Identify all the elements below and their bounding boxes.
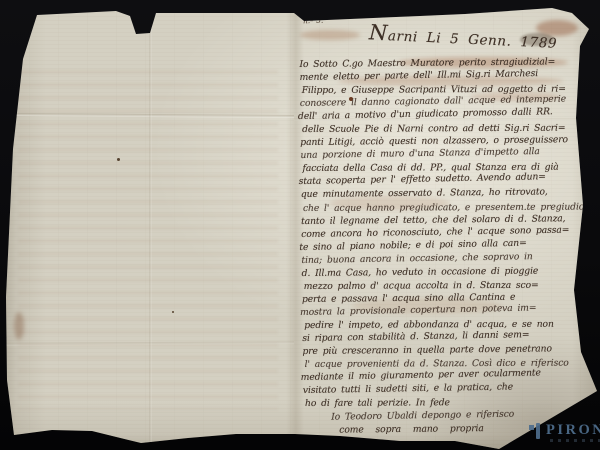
manuscript-line: delle Scuole Pie di Narni contro ad dett… [302, 122, 596, 137]
manuscript-body: Io Sotto C.go Maestro Muratore perito st… [299, 55, 597, 437]
ink-bleed-through [18, 70, 278, 410]
auction-house-watermark: PIRONE [529, 423, 600, 440]
manuscript-line: che l' acque hanno pregiudicato, e prese… [303, 200, 597, 215]
manuscript-line: pre più cresceranno in quella parte dove… [302, 342, 596, 358]
watermark-brand: PIRONE [546, 423, 600, 438]
dateline: Narni Li 5 Genn. 1789 [369, 20, 594, 54]
gavel-icon [529, 423, 542, 440]
manuscript-text-column: Narni Li 5 Genn. 1789 Io Sotto C.go Maes… [299, 18, 597, 437]
ink-speck [172, 311, 174, 313]
manuscript-sheet: n.º 5. Narni Li 5 Genn. 1789 Io Sotto C.… [0, 0, 600, 450]
manuscript-line: que minutamente osservato d. Stanza, ho … [301, 185, 595, 201]
watermark-subtext [550, 439, 600, 442]
ink-speck [117, 158, 120, 161]
manuscript-line: mezzo palmo d' acqua accolta in d. Stanz… [304, 278, 598, 293]
